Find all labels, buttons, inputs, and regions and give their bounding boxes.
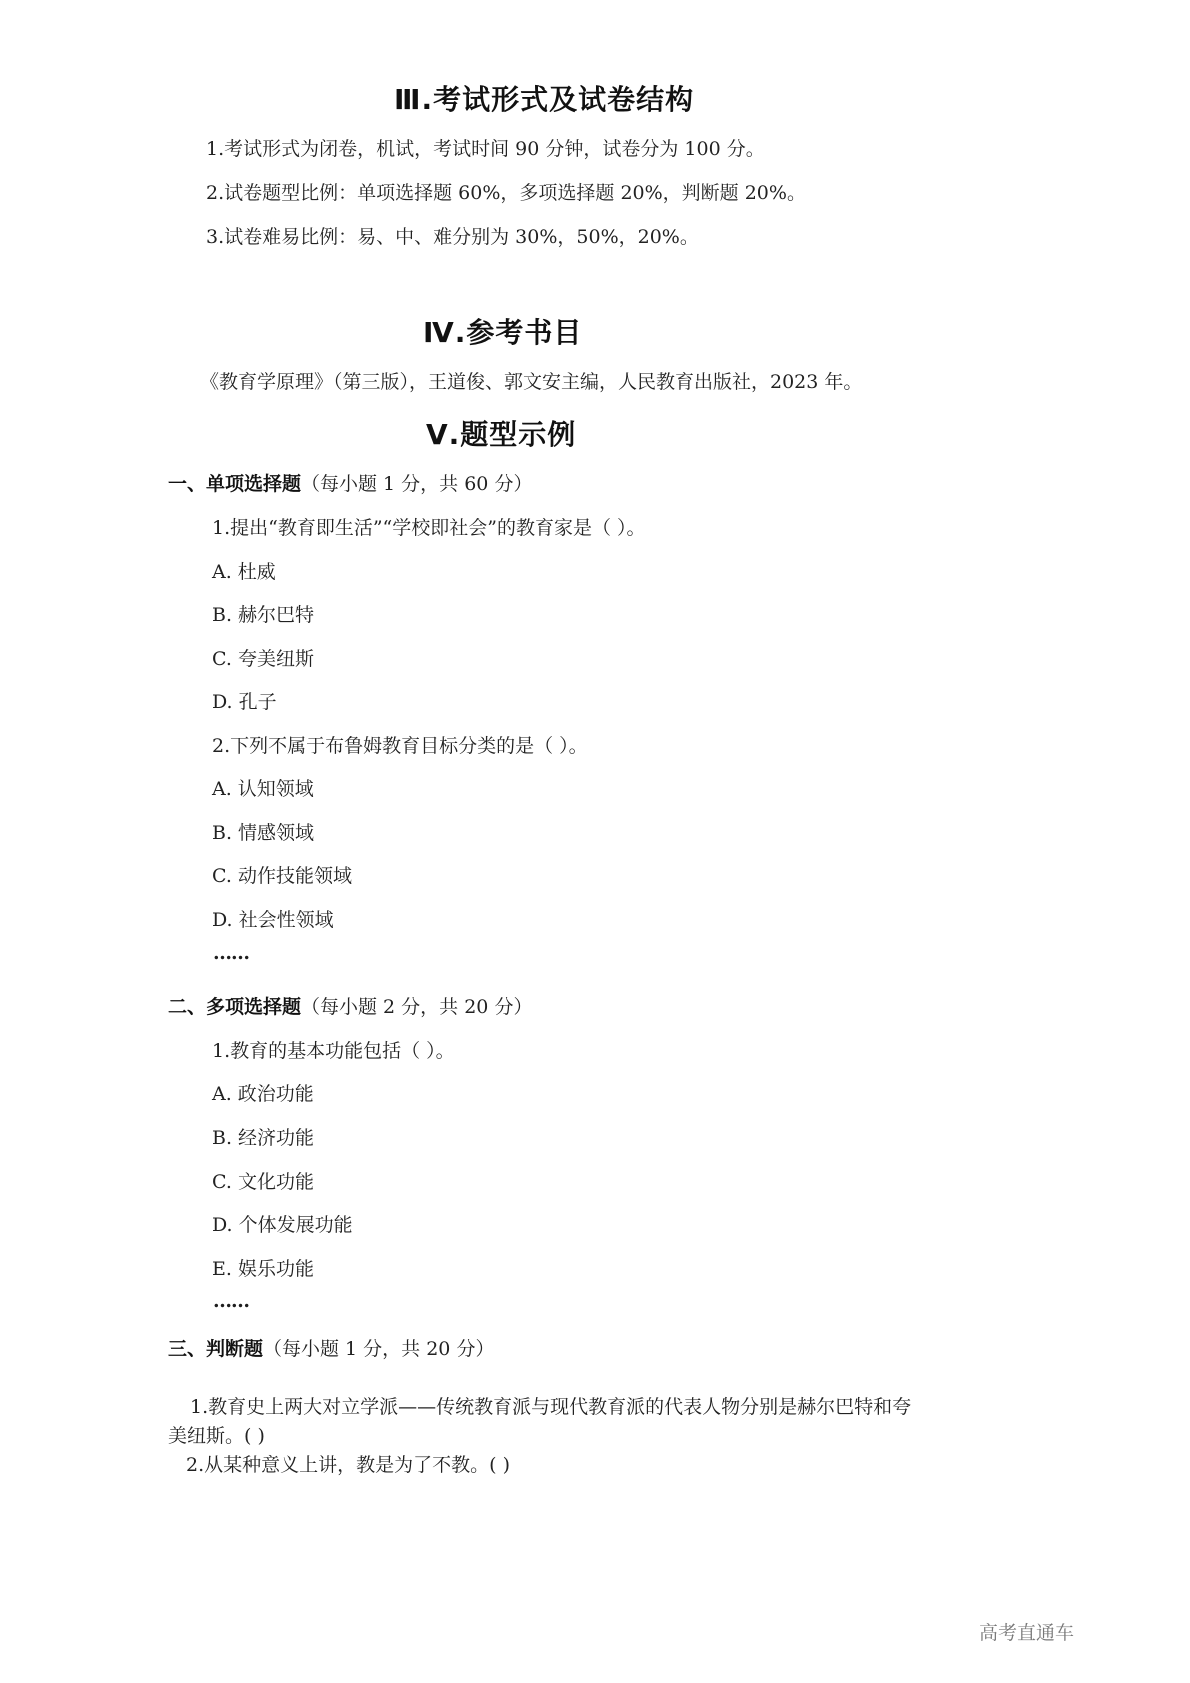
multi-q1-option-b: B. 经济功能: [212, 1123, 314, 1150]
single-choice-title: 一、单项选择题: [168, 473, 301, 495]
tf-q2: 2.从某种意义上讲，教是为了不教。( ): [186, 1450, 510, 1477]
section-3-heading: Ⅲ.考试形式及试卷结构: [394, 78, 694, 118]
single-q1-stem: 1.提出“教育即生活”“学校即社会”的教育家是（ ）。: [212, 513, 646, 540]
single-q1-option-b: B. 赫尔巴特: [212, 600, 314, 627]
multi-q1-option-c: C. 文化功能: [212, 1167, 314, 1194]
multiple-choice-note: （每小题 2 分，共 20 分）: [301, 996, 532, 1018]
single-choice-ellipsis: ……: [213, 942, 249, 964]
tf-q1-line1: 1.教育史上两大对立学派——传统教育派与现代教育派的代表人物分别是赫尔巴特和夸: [190, 1392, 911, 1419]
section-4-heading: Ⅳ.参考书目: [423, 311, 582, 351]
multi-q1-option-e: E. 娱乐功能: [212, 1254, 314, 1281]
tf-q1-line2: 美纽斯。( ): [168, 1421, 265, 1448]
multiple-choice-header: 二、多项选择题（每小题 2 分，共 20 分）: [168, 992, 532, 1019]
exam-format-item-3: 3.试卷难易比例：易、中、难分别为 30%，50%，20%。: [206, 222, 699, 249]
multiple-choice-ellipsis: ……: [213, 1290, 249, 1312]
single-q1-option-d: D. 孔子: [212, 687, 277, 714]
single-q2-option-d: D. 社会性领域: [212, 905, 334, 932]
watermark: 高考直通车: [979, 1618, 1074, 1645]
single-q1-option-c: C. 夸美纽斯: [212, 644, 314, 671]
true-false-title: 三、判断题: [168, 1338, 263, 1360]
single-choice-header: 一、单项选择题（每小题 1 分，共 60 分）: [168, 469, 532, 496]
exam-format-item-2: 2.试卷题型比例：单项选择题 60%，多项选择题 20%，判断题 20%。: [206, 178, 806, 205]
reference-book: 《教育学原理》（第三版），王道俊、郭文安主编，人民教育出版社，2023 年。: [200, 367, 862, 394]
single-q2-option-b: B. 情感领域: [212, 818, 314, 845]
single-choice-note: （每小题 1 分，共 60 分）: [301, 473, 532, 495]
multiple-choice-title: 二、多项选择题: [168, 996, 301, 1018]
multi-q1-stem: 1.教育的基本功能包括（ ）。: [212, 1036, 455, 1063]
single-q2-option-a: A. 认知领域: [212, 774, 314, 801]
true-false-note: （每小题 1 分，共 20 分）: [263, 1338, 494, 1360]
true-false-header: 三、判断题（每小题 1 分，共 20 分）: [168, 1334, 494, 1361]
multi-q1-option-d: D. 个体发展功能: [212, 1210, 353, 1237]
single-q2-option-c: C. 动作技能领域: [212, 861, 352, 888]
exam-format-item-1: 1.考试形式为闭卷，机试，考试时间 90 分钟，试卷分为 100 分。: [206, 134, 765, 161]
multi-q1-option-a: A. 政治功能: [212, 1079, 314, 1106]
single-q2-stem: 2.下列不属于布鲁姆教育目标分类的是（ ）。: [212, 731, 588, 758]
single-q1-option-a: A. 杜威: [212, 557, 276, 584]
section-5-heading: Ⅴ.题型示例: [426, 413, 576, 453]
